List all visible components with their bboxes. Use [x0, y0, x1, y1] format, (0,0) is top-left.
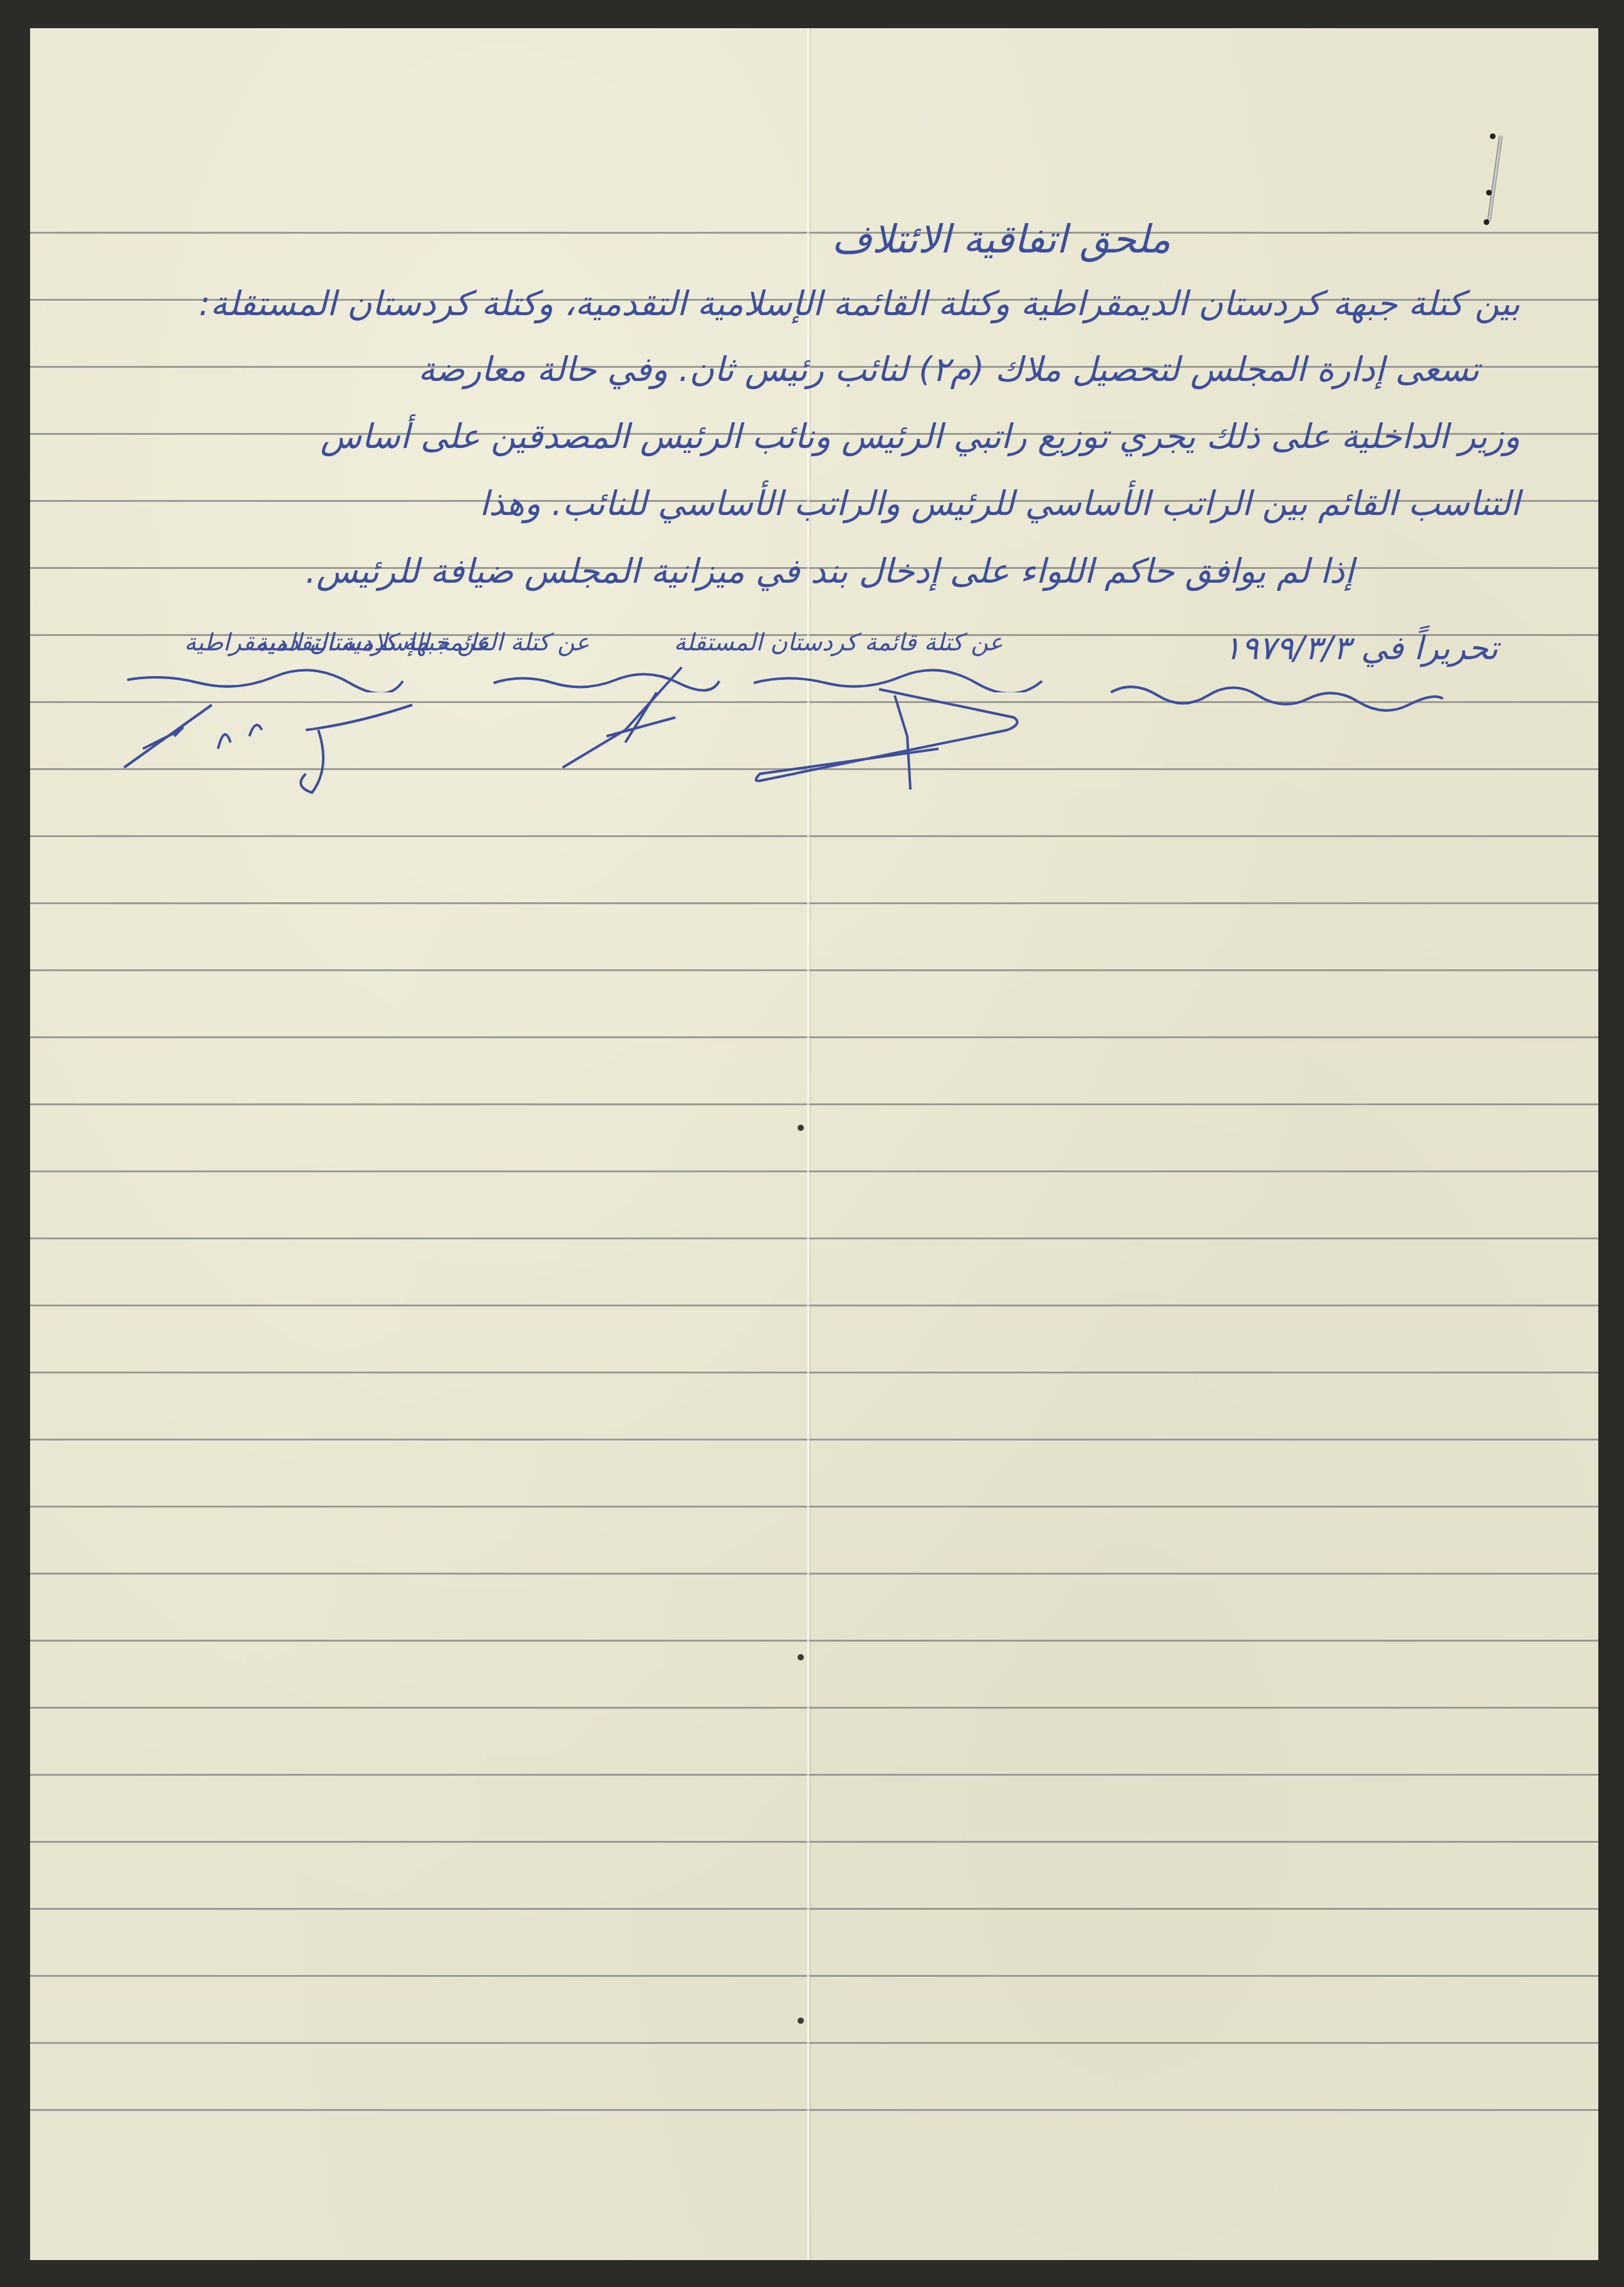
body-line-2: تسعى إدارة المجلس لتحصيل ملاك (م٢) لنائب… [164, 350, 1479, 389]
body-line-3: وزير الداخلية على ذلك يجري توزيع راتبي ا… [60, 417, 1520, 456]
body-line-5: إذا لم يوافق حاكم اللواء على إدخال بند ف… [226, 551, 1354, 591]
date-underline [1108, 680, 1446, 717]
signatory-label-3: عن جبهة كردستان الديمقراطية [184, 628, 489, 656]
ruled-line [30, 1036, 1598, 1038]
ruled-line [30, 1640, 1598, 1642]
punch-mark [798, 1654, 804, 1660]
body-line-1: بين كتلة جبهة كردستان الديمقراطية وكتلة … [60, 284, 1520, 323]
signature-3 [105, 680, 481, 805]
document-page: ملحق اتفاقية الائتلاف بين كتلة جبهة كردس… [30, 28, 1598, 2260]
ruled-line [30, 1372, 1598, 1373]
ruled-line [30, 1573, 1598, 1575]
ruled-line [30, 1908, 1598, 1910]
ruled-line [30, 1774, 1598, 1776]
ruled-line [30, 1506, 1598, 1508]
ruled-line [30, 1975, 1598, 1977]
ruled-line [30, 1841, 1598, 1843]
ruled-line [30, 1237, 1598, 1239]
punch-mark [798, 1125, 804, 1131]
ruled-line [30, 1103, 1598, 1105]
ruled-line [30, 2109, 1598, 2111]
ruled-line [30, 969, 1598, 971]
ruled-line [30, 1439, 1598, 1440]
signature-1 [751, 680, 1051, 793]
body-line-4: التناسب القائم بين الراتب الأساسي للرئيس… [60, 484, 1520, 523]
ruled-line [30, 1707, 1598, 1709]
signatory-label-1: عن كتلة قائمة كردستان المستقلة [674, 628, 1003, 656]
document-date: تحريراً في ١٩٧٩/٣/٣ [1224, 630, 1498, 667]
document-title: ملحق اتفاقية الائتلاف [763, 216, 1239, 262]
ruled-line [30, 2042, 1598, 2044]
ruled-line [30, 902, 1598, 904]
signature-2 [531, 655, 732, 780]
punch-mark [798, 2018, 804, 2024]
ruled-line [30, 1305, 1598, 1306]
ruled-line [30, 835, 1598, 837]
ruled-line [30, 1170, 1598, 1172]
